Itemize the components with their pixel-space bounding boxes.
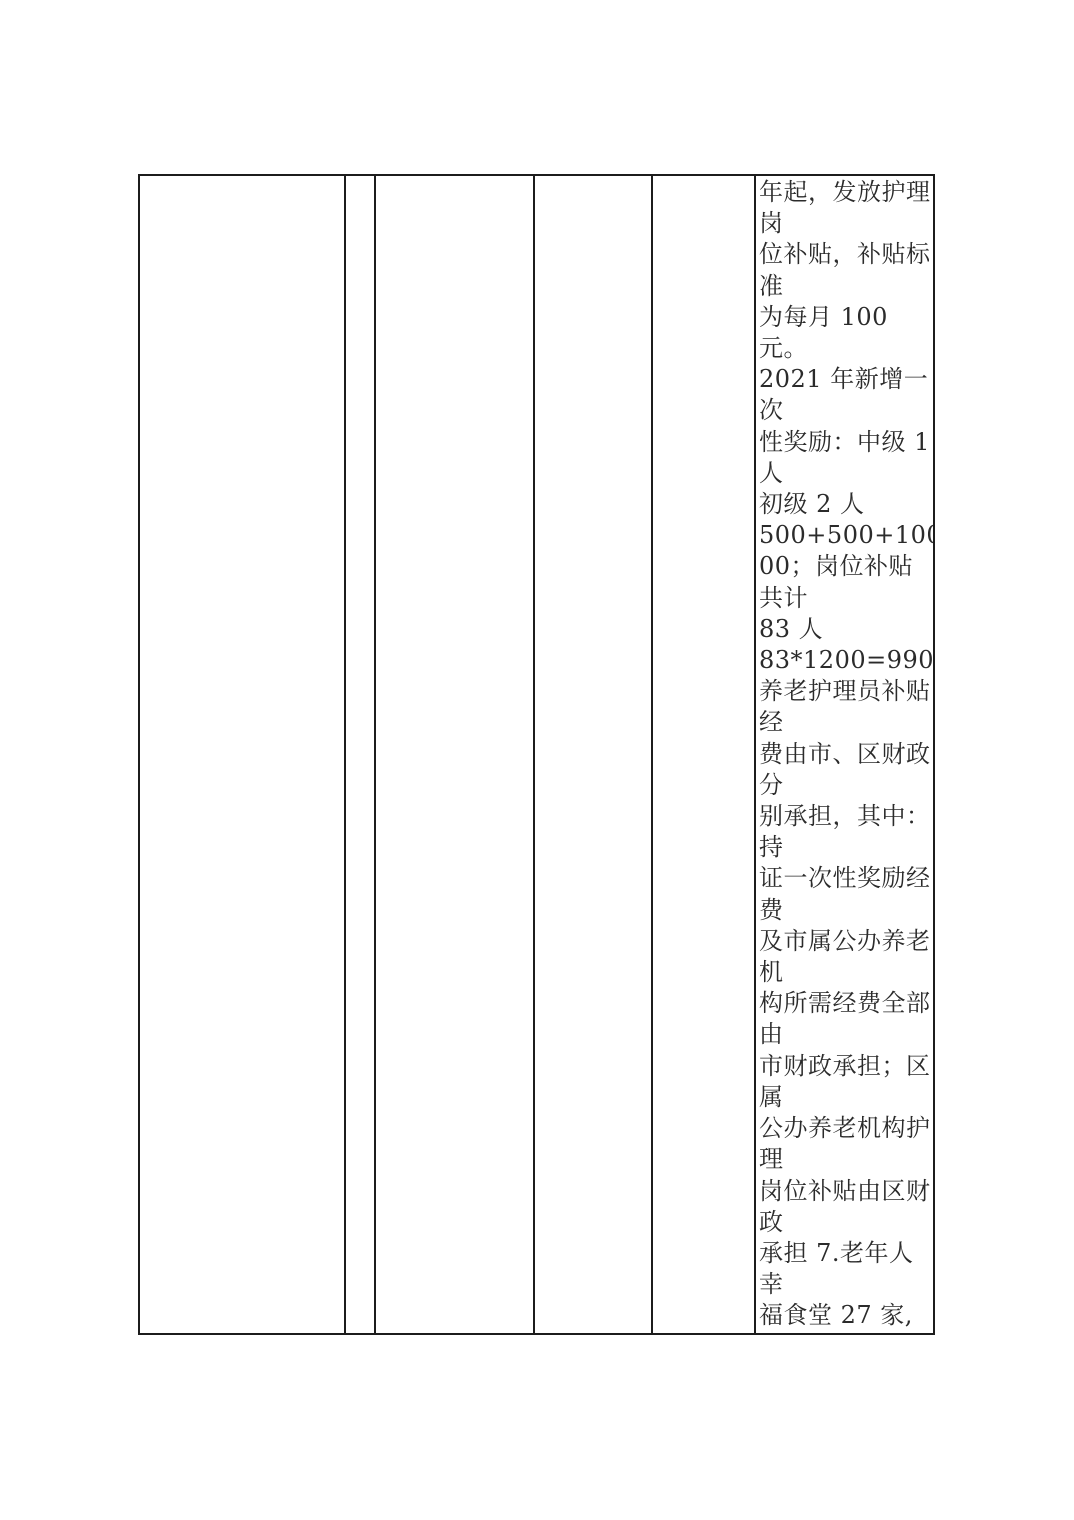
table-cell-2-empty [346,176,376,1333]
remarks-text: 年起，发放护理岗 位补贴，补贴标准 为每月 100 元。 2021 年新增一次 … [756,176,933,1333]
table-cell-5-empty [653,176,756,1333]
cell-5-text [653,176,754,1333]
table-cell-6-remarks: 年起，发放护理岗 位补贴，补贴标准 为每月 100 元。 2021 年新增一次 … [756,176,933,1333]
cell-4-text [535,176,651,1333]
cell-3-text [376,176,533,1333]
table-cell-4-empty [535,176,653,1333]
table-cell-1-empty [140,176,346,1333]
data-table: 年起，发放护理岗 位补贴，补贴标准 为每月 100 元。 2021 年新增一次 … [138,174,935,1335]
cell-1-text [140,176,344,1333]
table-cell-3-empty [376,176,535,1333]
document-page: 年起，发放护理岗 位补贴，补贴标准 为每月 100 元。 2021 年新增一次 … [0,0,1074,1520]
cell-2-text [346,176,374,1333]
